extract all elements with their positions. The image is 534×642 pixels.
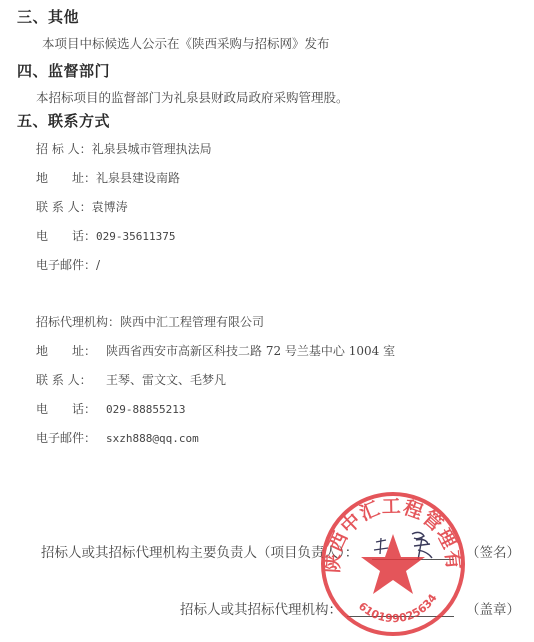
agency-email-label: 电子邮件： — [36, 429, 106, 446]
address-label: 地 址： — [36, 169, 96, 186]
tenderer-label: 招 标 人： — [36, 140, 92, 157]
agency-email-value: sxzh888@qq.com — [106, 432, 199, 445]
contact-label: 联 系 人： — [36, 198, 92, 215]
section-3-text: 本项目中标候选人公示在《陕西采购与招标网》发布 — [42, 34, 330, 52]
agency-contact-label: 联 系 人： — [36, 371, 106, 388]
contact-value: 袁博涛 — [92, 200, 128, 214]
agency-address-label: 地 址： — [36, 342, 106, 359]
section-5-heading: 五、联系方式 — [17, 110, 110, 131]
section-4-heading: 四、监督部门 — [17, 60, 110, 81]
agency-address-value: 陕西省西安市高新区科技二路 72 号兰基中心 1004 室 — [106, 344, 395, 358]
tenderer-row-phone: 电 话：029-35611375 — [36, 227, 176, 244]
agency-row-name: 招标代理机构：陕西中汇工程管理有限公司 — [36, 313, 264, 330]
signature-suffix: （签名） — [466, 541, 520, 561]
agency-row-contact: 联 系 人：王琴、雷文文、毛梦凡 — [36, 371, 226, 388]
agency-row-phone: 电 话：029-88855213 — [36, 400, 185, 417]
agency-phone-label: 电 话： — [36, 400, 106, 417]
address-value: 礼泉县建设南路 — [96, 171, 180, 185]
tenderer-row-name: 招 标 人：礼泉县城市管理执法局 — [36, 140, 212, 157]
tenderer-row-contact: 联 系 人：袁博涛 — [36, 198, 128, 215]
seal-suffix: （盖章） — [466, 598, 520, 618]
email-value: / — [96, 258, 100, 272]
agency-phone-value: 029-88855213 — [106, 403, 185, 416]
agency-row-email: 电子邮件：sxzh888@qq.com — [36, 429, 199, 446]
tenderer-row-address: 地 址：礼泉县建设南路 — [36, 169, 180, 186]
agency-contact-value: 王琴、雷文文、毛梦凡 — [106, 373, 226, 387]
phone-value: 029-35611375 — [96, 230, 175, 243]
phone-label: 电 话： — [36, 227, 96, 244]
company-seal-stamp: 陕西中汇工程管理有限公司 6101990256347 — [318, 489, 468, 639]
agency-value: 陕西中汇工程管理有限公司 — [120, 315, 264, 329]
tenderer-row-email: 电子邮件：/ — [36, 256, 100, 273]
tenderer-value: 礼泉县城市管理执法局 — [92, 142, 212, 156]
email-label: 电子邮件： — [36, 256, 96, 273]
section-3-heading: 三、其他 — [17, 6, 79, 27]
section-4-text: 本招标项目的监督部门为礼泉县财政局政府采购管理股。 — [36, 88, 349, 106]
responsible-person-label: 招标人或其招标代理机构主要负责人（项目负责人）： — [41, 541, 358, 561]
agency-row-address: 地 址：陕西省西安市高新区科技二路 72 号兰基中心 1004 室 — [36, 342, 395, 359]
star-icon — [361, 534, 425, 594]
agency-label: 招标代理机构： — [36, 313, 120, 330]
